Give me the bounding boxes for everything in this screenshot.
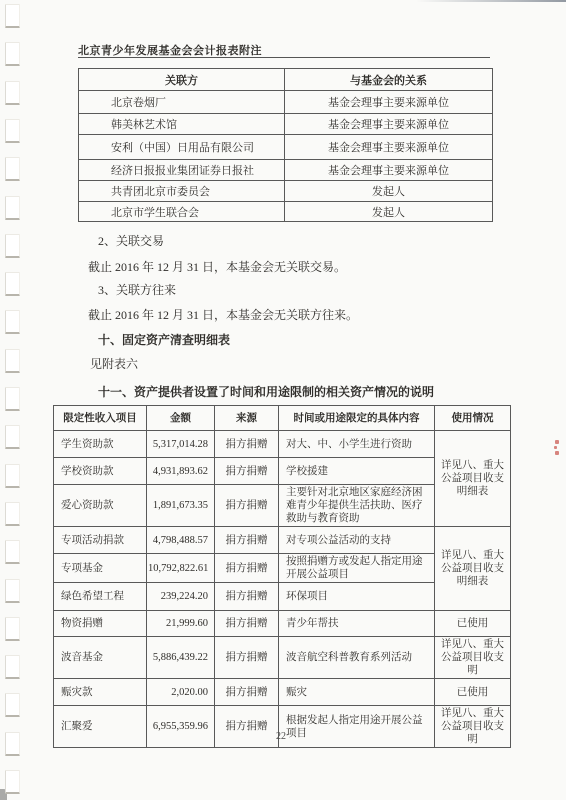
amount-cell: 239,224.20 xyxy=(147,583,215,611)
punch-hole xyxy=(5,502,20,526)
punch-hole xyxy=(5,387,20,411)
source-cell: 捐方捐赠 xyxy=(215,485,279,527)
table-row: 韩美林艺术馆 基金会理事主要来源单位 xyxy=(79,114,493,135)
punch-hole xyxy=(5,617,20,641)
punch-hole xyxy=(5,770,20,794)
punch-hole xyxy=(5,119,20,143)
title-underline xyxy=(78,57,490,58)
table-row: 赈灾款 2,020.00 捐方捐赠 赈灾 已使用 xyxy=(54,679,511,706)
party-cell: 北京卷烟厂 xyxy=(79,91,285,114)
relation-cell: 基金会理事主要来源单位 xyxy=(285,114,493,135)
item-cell: 专项基金 xyxy=(54,554,147,583)
relation-cell: 基金会理事主要来源单位 xyxy=(285,160,493,181)
party-cell: 北京市学生联合会 xyxy=(79,202,285,222)
source-cell: 捐方捐赠 xyxy=(215,527,279,554)
table-row: 学生资助款 5,317,014.28 捐方捐赠 对大、中、小学生进行资助 详见八… xyxy=(54,431,511,458)
relation-cell: 发起人 xyxy=(285,181,493,202)
party-cell: 韩美林艺术馆 xyxy=(79,114,285,135)
source-cell: 捐方捐赠 xyxy=(215,679,279,706)
table-row: 经济日报报业集团证券日报社 基金会理事主要来源单位 xyxy=(79,160,493,181)
usage-cell-merged: 详见八、重大公益项目收支明细表 xyxy=(435,431,511,527)
amount-cell: 1,891,673.35 xyxy=(147,485,215,527)
purpose-cell: 根据发起人指定用途开展公益项目 xyxy=(279,706,435,748)
table-row: 北京卷烟厂 基金会理事主要来源单位 xyxy=(79,91,493,114)
party-cell: 经济日报报业集团证券日报社 xyxy=(79,160,285,181)
item-cell: 波音基金 xyxy=(54,637,147,679)
restricted-header-usage: 使用情况 xyxy=(435,406,511,431)
source-cell: 捐方捐赠 xyxy=(215,637,279,679)
amount-cell: 6,955,359.96 xyxy=(147,706,215,748)
amount-cell: 21,999.60 xyxy=(147,611,215,637)
source-cell: 捐方捐赠 xyxy=(215,554,279,583)
table-row: 北京市学生联合会 发起人 xyxy=(79,202,493,222)
punch-hole xyxy=(5,272,20,296)
amount-cell: 5,886,439.22 xyxy=(147,637,215,679)
purpose-cell: 波音航空科普教育系列活动 xyxy=(279,637,435,679)
punch-hole xyxy=(5,81,20,105)
punch-hole xyxy=(5,157,20,181)
party-cell: 安利（中国）日用品有限公司 xyxy=(79,135,285,160)
document-title: 北京青少年发展基金会会计报表附注 xyxy=(78,42,262,58)
usage-cell: 已使用 xyxy=(435,611,511,637)
related-party-header-party: 关联方 xyxy=(79,69,285,91)
scan-edge-artifact xyxy=(416,0,566,2)
item-cell: 学校资助款 xyxy=(54,458,147,485)
item-cell: 学生资助款 xyxy=(54,431,147,458)
purpose-cell: 赈灾 xyxy=(279,679,435,706)
purpose-cell: 环保项目 xyxy=(279,583,435,611)
source-cell: 捐方捐赠 xyxy=(215,458,279,485)
punch-hole xyxy=(5,464,20,488)
section-heading-restricted-assets: 十一、资产提供者设置了时间和用途限制的相关资产情况的说明 xyxy=(98,383,434,400)
relation-cell: 发起人 xyxy=(285,202,493,222)
item-cell: 汇聚爱 xyxy=(54,706,147,748)
punch-hole xyxy=(5,655,20,679)
punch-hole xyxy=(5,234,20,258)
purpose-cell: 青少年帮扶 xyxy=(279,611,435,637)
item-cell: 专项活动捐款 xyxy=(54,527,147,554)
punch-hole xyxy=(5,579,20,603)
section-heading-fixed-assets: 十、固定资产清查明细表 xyxy=(98,331,230,348)
page-number: 22 xyxy=(266,731,296,742)
punch-hole xyxy=(5,310,20,334)
punch-hole xyxy=(5,42,20,66)
table-row: 共青团北京市委员会 发起人 xyxy=(79,181,493,202)
restricted-assets-table: 限定性收入项目 金额 来源 时间或用途限定的具体内容 使用情况 学生资助款 5,… xyxy=(53,405,511,748)
amount-cell: 2,020.00 xyxy=(147,679,215,706)
punch-hole xyxy=(5,540,20,564)
binder-holes xyxy=(5,0,19,800)
punch-hole xyxy=(5,425,20,449)
table-row: 安利（中国）日用品有限公司 基金会理事主要来源单位 xyxy=(79,135,493,160)
purpose-cell: 学校援建 xyxy=(279,458,435,485)
relation-cell: 基金会理事主要来源单位 xyxy=(285,135,493,160)
section-body-related-transactions: 截止 2016 年 12 月 31 日，本基金会无关联交易。 xyxy=(88,258,346,275)
usage-cell: 详见八、重大公益项目收支明 xyxy=(435,637,511,679)
punch-hole xyxy=(5,349,20,373)
purpose-cell: 对专项公益活动的支持 xyxy=(279,527,435,554)
restricted-header-item: 限定性收入项目 xyxy=(54,406,147,431)
section-body-fixed-assets: 见附表六 xyxy=(90,355,138,372)
amount-cell: 5,317,014.28 xyxy=(147,431,215,458)
related-party-header-relation: 与基金会的关系 xyxy=(285,69,493,91)
scanned-document-page: 北京青少年发展基金会会计报表附注 关联方 与基金会的关系 北京卷烟厂 基金会理事… xyxy=(0,0,566,800)
amount-cell: 4,798,488.57 xyxy=(147,527,215,554)
source-cell: 捐方捐赠 xyxy=(215,611,279,637)
table-row: 专项活动捐款 4,798,488.57 捐方捐赠 对专项公益活动的支持 详见八、… xyxy=(54,527,511,554)
table-row: 物资捐赠 21,999.60 捐方捐赠 青少年帮扶 已使用 xyxy=(54,611,511,637)
amount-cell: 10,792,822.61 xyxy=(147,554,215,583)
section-heading-related-dealings: 3、关联方往来 xyxy=(98,281,176,298)
restricted-header-amount: 金额 xyxy=(147,406,215,431)
item-cell: 赈灾款 xyxy=(54,679,147,706)
source-cell: 捐方捐赠 xyxy=(215,583,279,611)
punch-hole xyxy=(5,732,20,756)
usage-cell-merged: 详见八、重大公益项目收支明细表 xyxy=(435,527,511,611)
restricted-header-source: 来源 xyxy=(215,406,279,431)
purpose-cell: 对大、中、小学生进行资助 xyxy=(279,431,435,458)
amount-cell: 4,931,893.62 xyxy=(147,458,215,485)
table-row: 波音基金 5,886,439.22 捐方捐赠 波音航空科普教育系列活动 详见八、… xyxy=(54,637,511,679)
section-body-related-dealings: 截止 2016 年 12 月 31 日，本基金会无关联方往来。 xyxy=(88,306,358,323)
item-cell: 爱心资助款 xyxy=(54,485,147,527)
usage-cell: 已使用 xyxy=(435,679,511,706)
purpose-cell: 主要针对北京地区家庭经济困难青少年提供生活扶助、医疗救助与教育资助 xyxy=(279,485,435,527)
restricted-header-purpose: 时间或用途限定的具体内容 xyxy=(279,406,435,431)
party-cell: 共青团北京市委员会 xyxy=(79,181,285,202)
source-cell: 捐方捐赠 xyxy=(215,431,279,458)
relation-cell: 基金会理事主要来源单位 xyxy=(285,91,493,114)
punch-hole xyxy=(5,196,20,220)
related-party-table: 关联方 与基金会的关系 北京卷烟厂 基金会理事主要来源单位 韩美林艺术馆 基金会… xyxy=(78,68,493,222)
purpose-cell: 按照捐赠方或发起人指定用途开展公益项目 xyxy=(279,554,435,583)
punch-hole xyxy=(5,693,20,717)
section-heading-related-transactions: 2、关联交易 xyxy=(98,232,164,249)
punch-hole xyxy=(5,4,20,28)
usage-cell: 详见八、重大公益项目收支明 xyxy=(435,706,511,748)
item-cell: 绿色希望工程 xyxy=(54,583,147,611)
red-ink-bleed-mark xyxy=(553,440,559,456)
item-cell: 物资捐赠 xyxy=(54,611,147,637)
